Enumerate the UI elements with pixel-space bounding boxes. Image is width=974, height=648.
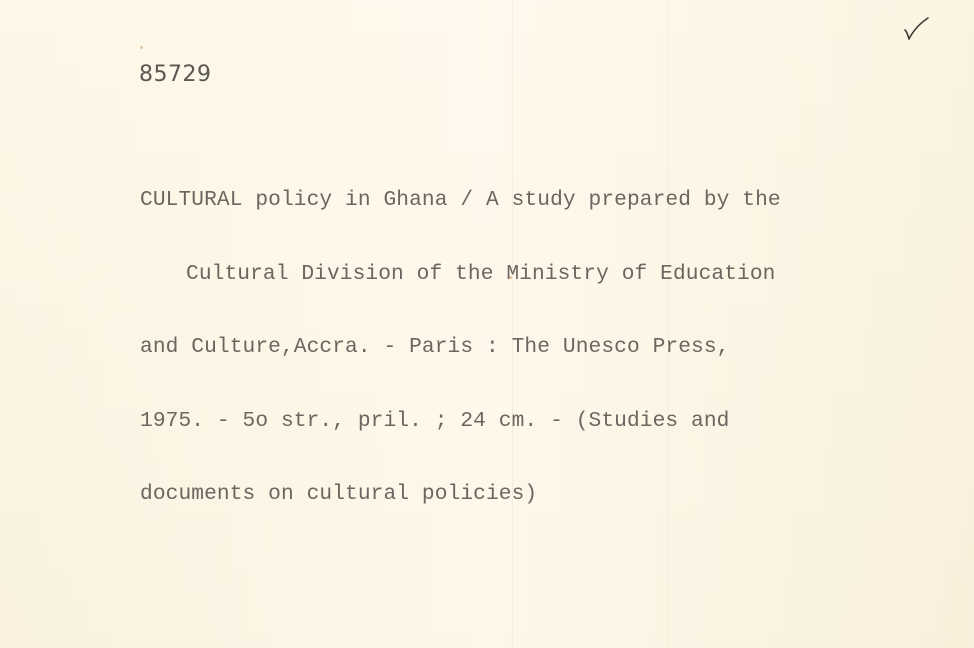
accession-number: 85729 bbox=[139, 62, 212, 87]
entry-line-physical-description: 1975. - 5o str., pril. ; 24 cm. - (Studi… bbox=[140, 409, 781, 434]
paper-speck bbox=[140, 46, 143, 49]
entry-line-title: CULTURAL policy in Ghana / A study prepa… bbox=[140, 188, 781, 213]
entry-line-series: documents on cultural policies) bbox=[140, 482, 781, 507]
bibliographic-entry: CULTURAL policy in Ghana / A study prepa… bbox=[140, 139, 781, 556]
checkmark-icon bbox=[902, 16, 932, 42]
catalog-card: 85729 CULTURAL policy in Ghana / A study… bbox=[0, 0, 974, 648]
entry-line-author: Cultural Division of the Ministry of Edu… bbox=[140, 262, 781, 287]
entry-line-publisher: and Culture,Accra. - Paris : The Unesco … bbox=[140, 335, 781, 360]
